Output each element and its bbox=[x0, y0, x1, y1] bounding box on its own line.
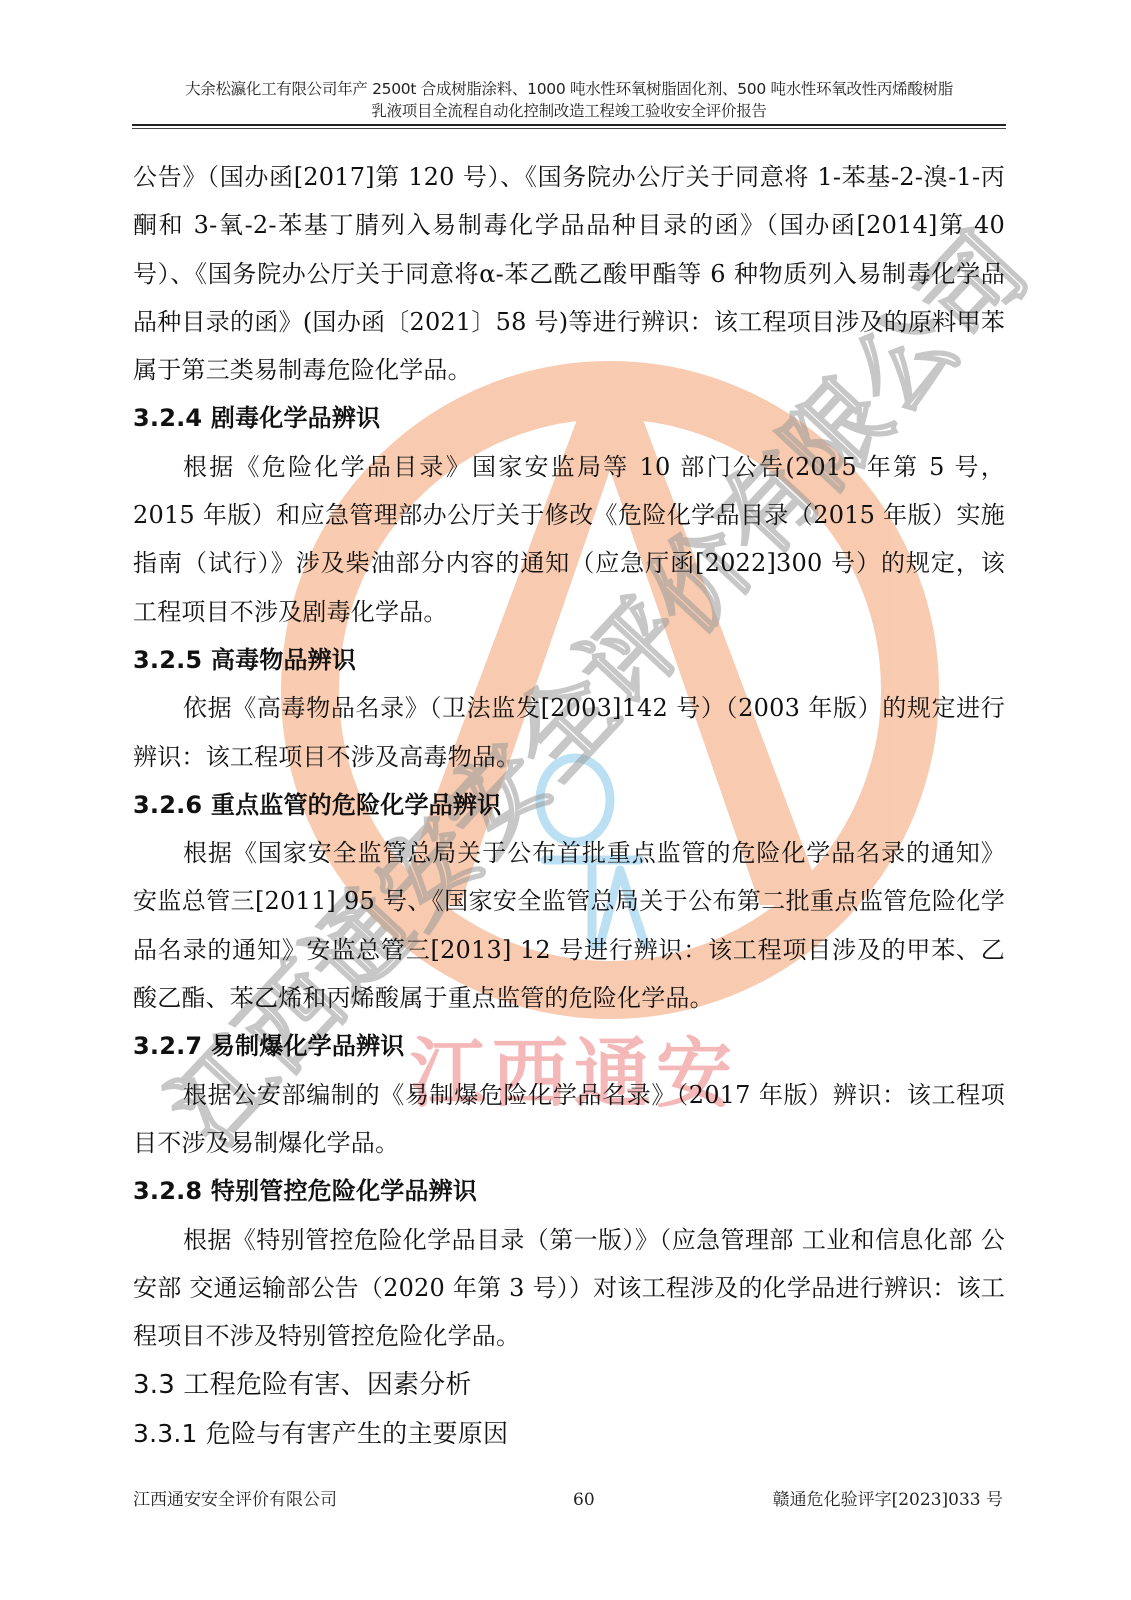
section-3-2-5-text: 依据《高毒物品名录》（卫法监发[2003]142 号）（2003 年版）的规定进… bbox=[133, 684, 1005, 781]
document-body: 公告》（国办函[2017]第 120 号）、《国务院办公厅关于同意将 1-苯基-… bbox=[133, 153, 1005, 1459]
header-title-line1: 大余松瀛化工有限公司年产 2500t 合成树脂涂料、1000 吨水性环氧树脂固化… bbox=[133, 78, 1005, 100]
footer-company: 江西通安安全评价有限公司 bbox=[133, 1487, 337, 1513]
page-number: 60 bbox=[573, 1487, 595, 1513]
page-header: 大余松瀛化工有限公司年产 2500t 合成树脂涂料、1000 吨水性环氧树脂固化… bbox=[133, 78, 1005, 122]
section-3-2-8-heading: 3.2.8 特别管控危险化学品辨识 bbox=[133, 1167, 1005, 1215]
paragraph-continued: 公告》（国办函[2017]第 120 号）、《国务院办公厅关于同意将 1-苯基-… bbox=[133, 153, 1005, 394]
section-3-2-7-heading: 3.2.7 易制爆化学品辨识 bbox=[133, 1022, 1005, 1070]
header-divider-thin bbox=[132, 128, 1006, 129]
section-3-3-1-heading: 3.3.1 危险与有害产生的主要原因 bbox=[133, 1410, 1005, 1458]
section-3-2-6-heading: 3.2.6 重点监管的危险化学品辨识 bbox=[133, 781, 1005, 829]
section-3-2-5-heading: 3.2.5 高毒物品辨识 bbox=[133, 636, 1005, 684]
header-title-line2: 乳液项目全流程自动化控制改造工程竣工验收安全评价报告 bbox=[133, 100, 1005, 122]
section-3-2-7-text: 根据公安部编制的《易制爆危险化学品名录》（2017 年版）辨识：该工程项目不涉及… bbox=[133, 1071, 1005, 1168]
header-divider bbox=[132, 124, 1006, 126]
page-footer: 江西通安安全评价有限公司 60 赣通危化验评字[2023]033 号 bbox=[133, 1487, 1003, 1513]
footer-doc-number: 赣通危化验评字[2023]033 号 bbox=[773, 1487, 1003, 1513]
document-page: 江西通安 江西通安安全评价有限公司 大余松瀛化工有限公司年产 2500t 合成树… bbox=[0, 0, 1131, 1600]
section-3-2-6-text: 根据《国家安全监管总局关于公布首批重点监管的危险化学品名录的通知》安监总管三[2… bbox=[133, 829, 1005, 1022]
section-3-2-4-heading: 3.2.4 剧毒化学品辨识 bbox=[133, 394, 1005, 442]
section-3-2-8-text: 根据《特别管控危险化学品目录（第一版）》（应急管理部 工业和信息化部 公安部 交… bbox=[133, 1216, 1005, 1361]
section-3-2-4-text: 根据《危险化学品目录》国家安监局等 10 部门公告(2015 年第 5 号，20… bbox=[133, 443, 1005, 636]
section-3-3-heading: 3.3 工程危险有害、因素分析 bbox=[133, 1360, 1005, 1410]
